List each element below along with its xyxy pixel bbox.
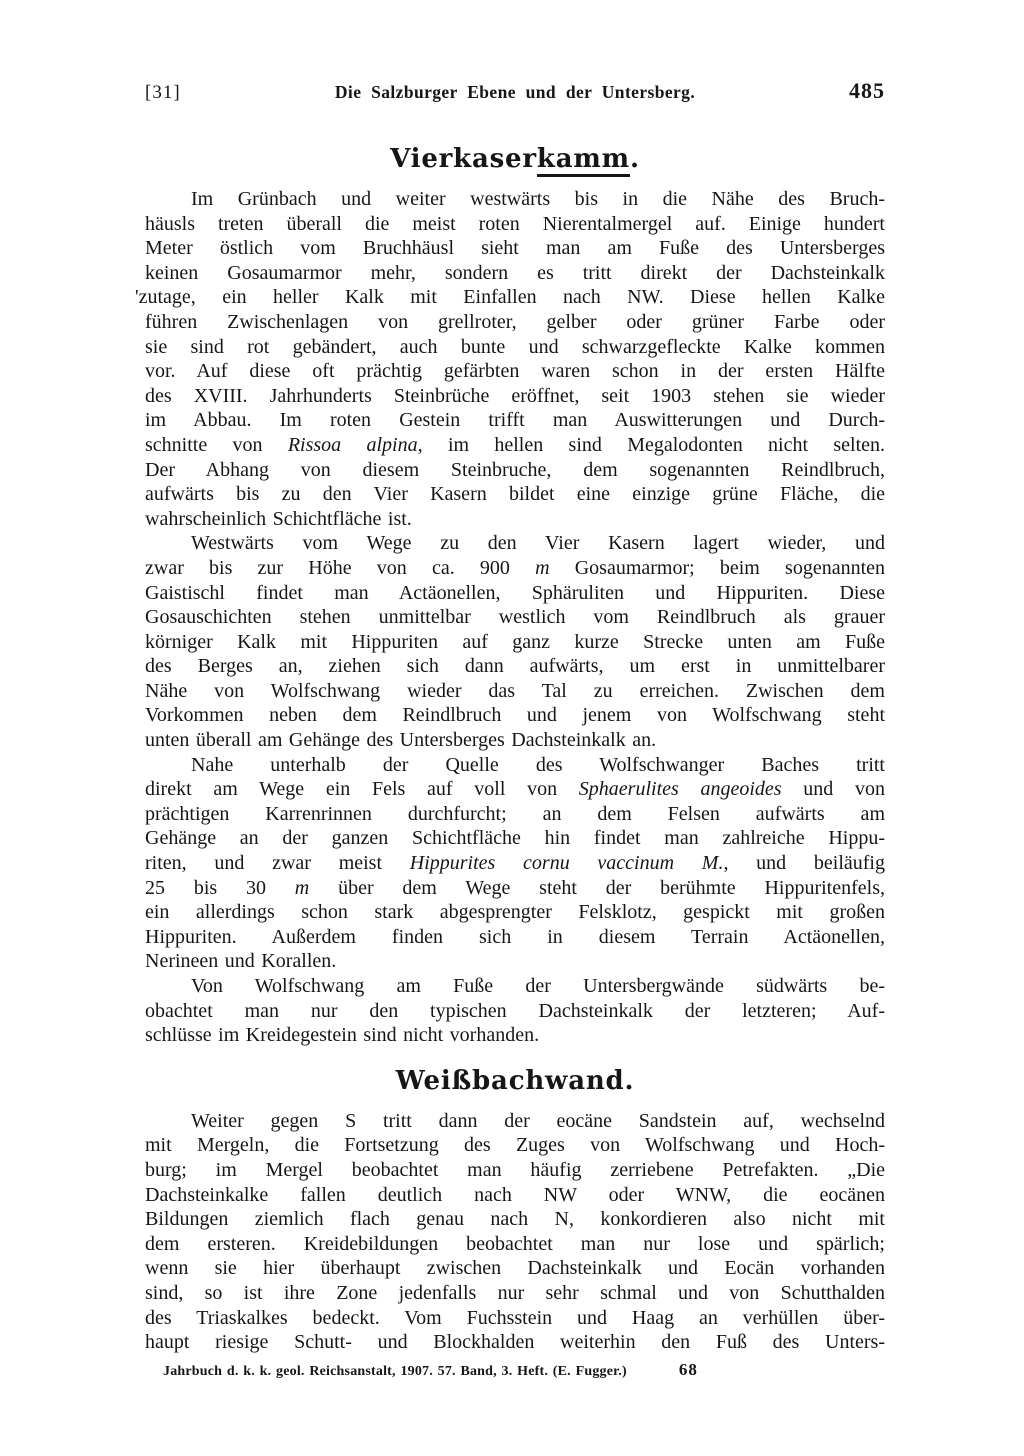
text-line: riten, und zwar meist Hippurites cornu v… bbox=[145, 851, 885, 876]
text-line: prächtigen Karrenrinnen durchfurcht; an … bbox=[145, 802, 885, 827]
text-line: keinen Gosaumarmor mehr, sondern es trit… bbox=[145, 261, 885, 286]
text-line: mit Mergeln, die Fortsetzung des Zuges v… bbox=[145, 1133, 885, 1158]
scanned-journal-page: { "document": { "header": { "left": "[31… bbox=[0, 0, 1024, 1456]
text-line: körniger Kalk mit Hippuriten auf ganz ku… bbox=[145, 630, 885, 655]
text-line: burg; im Mergel beobachtet man häufig ze… bbox=[145, 1158, 885, 1183]
paragraph: Nahe unterhalb der Quelle des Wolfschwan… bbox=[145, 753, 885, 974]
text-line: vor. Auf diese oft prächtig gefärbten wa… bbox=[145, 359, 885, 384]
text-line: aufwärts bis zu den Vier Kasern bildet e… bbox=[145, 482, 885, 507]
text-section: Vierkaserkamm.Im Grünbach und weiter wes… bbox=[145, 144, 885, 1048]
text-line: Hippuriten. Außerdem finden sich in dies… bbox=[145, 925, 885, 950]
text-line: Nerineen und Korallen. bbox=[145, 949, 885, 974]
text-line: wenn sie hier überhaupt zwischen Dachste… bbox=[145, 1256, 885, 1281]
text-line: obachtet man nur den typischen Dachstein… bbox=[145, 999, 885, 1024]
text-line: Meter östlich vom Bruchhäusl sieht man a… bbox=[145, 236, 885, 261]
page-footer: Jahrbuch d. k. k. geol. Reichsanstalt, 1… bbox=[145, 1360, 885, 1380]
text-line: Nahe unterhalb der Quelle des Wolfschwan… bbox=[145, 753, 885, 778]
text-line: Weiter gegen S tritt dann der eocäne San… bbox=[145, 1109, 885, 1134]
text-line: Gosauschichten stehen unmittelbar westli… bbox=[145, 605, 885, 630]
text-line: direkt am Wege ein Fels auf voll von Sph… bbox=[145, 777, 885, 802]
text-line: Westwärts vom Wege zu den Vier Kasern la… bbox=[145, 531, 885, 556]
text-line: Der Abhang von diesem Steinbruche, dem s… bbox=[145, 458, 885, 483]
text-line: Dachsteinkalke fallen deutlich nach NW o… bbox=[145, 1183, 885, 1208]
text-line: schnitte von Rissoa alpina, im hellen si… bbox=[145, 433, 885, 458]
text-line: Von Wolfschwang am Fuße der Untersbergwä… bbox=[145, 974, 885, 999]
text-line: Nähe von Wolfschwang wieder das Tal zu e… bbox=[145, 679, 885, 704]
text-line: Im Grünbach und weiter westwärts bis in … bbox=[145, 187, 885, 212]
section-heading: Vierkaserkamm. bbox=[145, 144, 885, 174]
text-line: 'zutage, ein heller Kalk mit Einfallen n… bbox=[145, 285, 885, 310]
footer-citation: Jahrbuch d. k. k. geol. Reichsanstalt, 1… bbox=[163, 1364, 627, 1380]
text-line: 25 bis 30 m über dem Wege steht der berü… bbox=[145, 876, 885, 901]
signature-number: 68 bbox=[679, 1360, 698, 1380]
text-section: Weißbachwand.Weiter gegen S tritt dann d… bbox=[145, 1066, 885, 1355]
running-header: [31] Die Salzburger Ebene und der Unters… bbox=[145, 78, 885, 104]
paragraph: Von Wolfschwang am Fuße der Untersbergwä… bbox=[145, 974, 885, 1048]
text-line: des Triaskalkes bedeckt. Vom Fuchsstein … bbox=[145, 1306, 885, 1331]
text-line: häusls treten überall die meist roten Ni… bbox=[145, 212, 885, 237]
text-line: ein allerdings schon stark abgesprengter… bbox=[145, 900, 885, 925]
text-line: Bildungen ziemlich flach genau nach N, k… bbox=[145, 1207, 885, 1232]
text-line: schlüsse im Kreidegestein sind nicht vor… bbox=[145, 1023, 885, 1048]
text-line: des XVIII. Jahrhunderts Steinbrüche eröf… bbox=[145, 384, 885, 409]
text-line: dem ersteren. Kreidebildungen beobachtet… bbox=[145, 1232, 885, 1257]
paragraph: Im Grünbach und weiter westwärts bis in … bbox=[145, 187, 885, 531]
page-number: 485 bbox=[795, 78, 885, 104]
paragraph: Westwärts vom Wege zu den Vier Kasern la… bbox=[145, 531, 885, 752]
text-line: Gehänge an der ganzen Schichtfläche hin … bbox=[145, 826, 885, 851]
text-line: Vorkommen neben dem Reindlbruch und jene… bbox=[145, 703, 885, 728]
text-line: unten überall am Gehänge des Untersberge… bbox=[145, 728, 885, 753]
text-line: führen Zwischenlagen von grellroter, gel… bbox=[145, 310, 885, 335]
section-heading: Weißbachwand. bbox=[145, 1066, 885, 1096]
text-line: zwar bis zur Höhe von ca. 900 m Gosaumar… bbox=[145, 556, 885, 581]
heading-underlined-part: kamm bbox=[537, 144, 630, 177]
text-line: im Abbau. Im roten Gestein trifft man Au… bbox=[145, 408, 885, 433]
text-line: wahrscheinlich Schichtfläche ist. bbox=[145, 507, 885, 532]
text-line: sind, so ist ihre Zone jedenfalls nur se… bbox=[145, 1281, 885, 1306]
page-body: Vierkaserkamm.Im Grünbach und weiter wes… bbox=[145, 144, 885, 1355]
text-line: haupt riesige Schutt- und Blockhalden we… bbox=[145, 1330, 885, 1355]
column-number: [31] bbox=[145, 82, 235, 104]
running-title: Die Salzburger Ebene und der Untersberg. bbox=[235, 82, 795, 103]
paragraph: Weiter gegen S tritt dann der eocäne San… bbox=[145, 1109, 885, 1355]
text-line: Gaistischl findet man Actäonellen, Sphär… bbox=[145, 581, 885, 606]
page-content: [31] Die Salzburger Ebene und der Unters… bbox=[145, 78, 885, 1380]
text-line: sie sind rot gebändert, auch bunte und s… bbox=[145, 335, 885, 360]
text-line: des Berges an, ziehen sich dann aufwärts… bbox=[145, 654, 885, 679]
